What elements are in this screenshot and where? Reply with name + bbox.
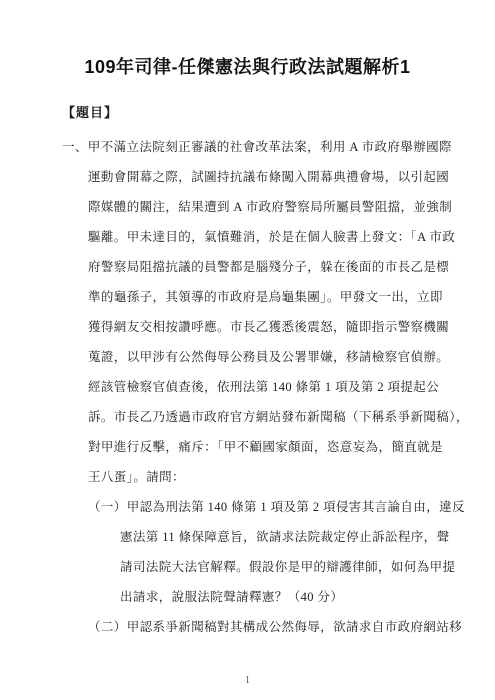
question-line: 驅離。甲未達目的，氣憤難消，於是在個人臉書上發文：「A 市政 [62, 222, 433, 252]
question-subitem-line: 憲法第 11 條保障意旨，欲請求法院裁定停止訴訟程序，聲 [62, 522, 433, 552]
question-1: 一、甲不滿立法院刻正審議的社會改革法案，利用 A 市政府舉辦國際 運動會開幕之際… [62, 132, 433, 642]
question-line: 際媒體的關注，結果遭到 A 市政府警察局所屬員警阻擋，並強制 [62, 192, 433, 222]
question-subitem-line: （二）甲認系爭新聞稿對其構成公然侮辱，欲請求自市政府網站移 [62, 612, 433, 642]
question-line: 獲得網友交相按讚呼應。市長乙獲悉後震怒，隨即指示警察機關 [62, 312, 433, 342]
question-line: 訴。市長乙乃透過市政府官方網站發布新聞稿（下稱系爭新聞稿）， [62, 402, 433, 432]
question-line: 蒐證，以甲涉有公然侮辱公務員及公署罪嫌，移請檢察官偵辦。 [62, 342, 433, 372]
section-label-question: 【題目】 [62, 104, 433, 122]
document-page: 109年司律-任傑憲法與行政法試題解析1 【題目】 一、甲不滿立法院刻正審議的社… [0, 0, 495, 700]
question-subitem-line: 請司法院大法官解釋。假設你是甲的辯護律師，如何為甲提 [62, 552, 433, 582]
question-line: 運動會開幕之際，試圖持抗議布條闖入開幕典禮會場，以引起國 [62, 162, 433, 192]
question-line: 府警察局阻擋抗議的員警都是腦殘分子，躲在後面的市長乙是標 [62, 252, 433, 282]
page-number: 1 [0, 675, 495, 686]
question-line: 對甲進行反擊，痛斥：「甲不顧國家顏面，恣意妄為，簡直就是 [62, 432, 433, 462]
question-line: 王八蛋」。請問： [62, 462, 433, 492]
question-subitem-line: （一）甲認為刑法第 140 條第 1 項及第 2 項侵害其言論自由，違反 [62, 492, 433, 522]
question-subitem-line: 出請求，說服法院聲請釋憲？（40 分） [62, 582, 433, 612]
question-line: 一、甲不滿立法院刻正審議的社會改革法案，利用 A 市政府舉辦國際 [62, 132, 433, 162]
question-line: 準的龜孫子，其領導的市政府是烏龜集團」。甲發文一出，立即 [62, 282, 433, 312]
page-title: 109年司律-任傑憲法與行政法試題解析1 [62, 54, 433, 80]
question-line: 經該管檢察官偵查後，依刑法第 140 條第 1 項及第 2 項提起公 [62, 372, 433, 402]
